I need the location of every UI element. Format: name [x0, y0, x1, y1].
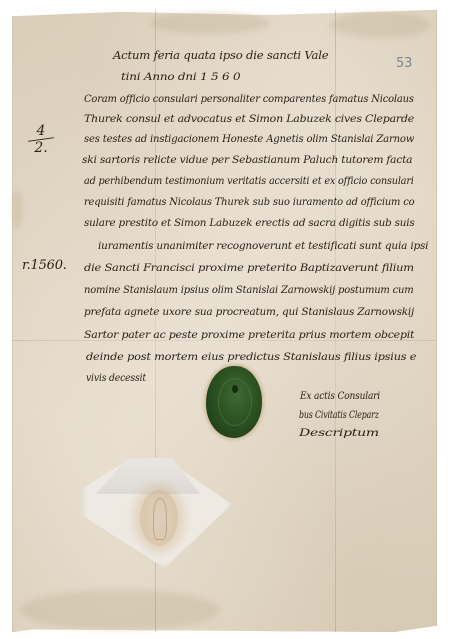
attestation-line: bus Civitatis Cleparz	[299, 410, 379, 421]
body-line: iuramentis unanimiter recognoverunt et t…	[98, 241, 428, 252]
margin-year: r.1560.	[22, 258, 67, 273]
body-line: Thurek consul et advocatus et Simon Labu…	[84, 114, 414, 125]
body-line: deinde post mortem eius predictus Stanis…	[86, 352, 416, 363]
document-viewer: 53 Actum feria quata ipso die sancti Val…	[0, 0, 450, 639]
wax-seal	[206, 366, 262, 438]
water-stain	[150, 12, 270, 34]
body-line: Coram officio consulari personaliter com…	[84, 94, 414, 105]
body-line: ses testes ad instigacionem Honeste Agne…	[84, 134, 414, 145]
seal-impression	[232, 385, 238, 393]
heading-line-2: tini Anno dni 1 5 6 0	[121, 72, 240, 83]
body-line: vivis decessit	[86, 373, 146, 384]
embossed-seal	[140, 490, 178, 546]
attestation-line: Ex actis Consulari	[300, 391, 380, 402]
body-line: nomine Stanislaum ipsius olim Stanislai …	[84, 285, 414, 296]
heading-line-1: Actum feria quata ipso die sancti Vale	[113, 50, 328, 61]
water-stain	[12, 190, 22, 230]
fraction-numerator: 4	[37, 123, 46, 139]
margin-fraction: 4 2.	[28, 124, 54, 155]
body-line: requisiti famatus Nicolaus Thurek sub su…	[84, 197, 414, 208]
water-stain	[330, 12, 430, 38]
body-line: die Sancti Francisci proxime preterito B…	[84, 263, 414, 274]
body-line: ad perhibendum testimonium veritatis acc…	[84, 176, 414, 187]
seal-figure	[153, 498, 167, 540]
body-line: prefata agnete uxore sua procreatum, qui…	[84, 307, 414, 318]
body-line: sulare prestito et Simon Labuzek erectis…	[84, 218, 414, 229]
folio-number: 53	[396, 56, 412, 71]
body-line: ski sartoris relicte vidue per Sebastian…	[82, 155, 412, 166]
attestation-line: Descriptum	[299, 428, 379, 439]
water-stain	[20, 590, 220, 630]
fraction-denominator: 2.	[34, 140, 47, 156]
body-line: Sartor pater ac peste proxime preterita …	[84, 330, 414, 341]
